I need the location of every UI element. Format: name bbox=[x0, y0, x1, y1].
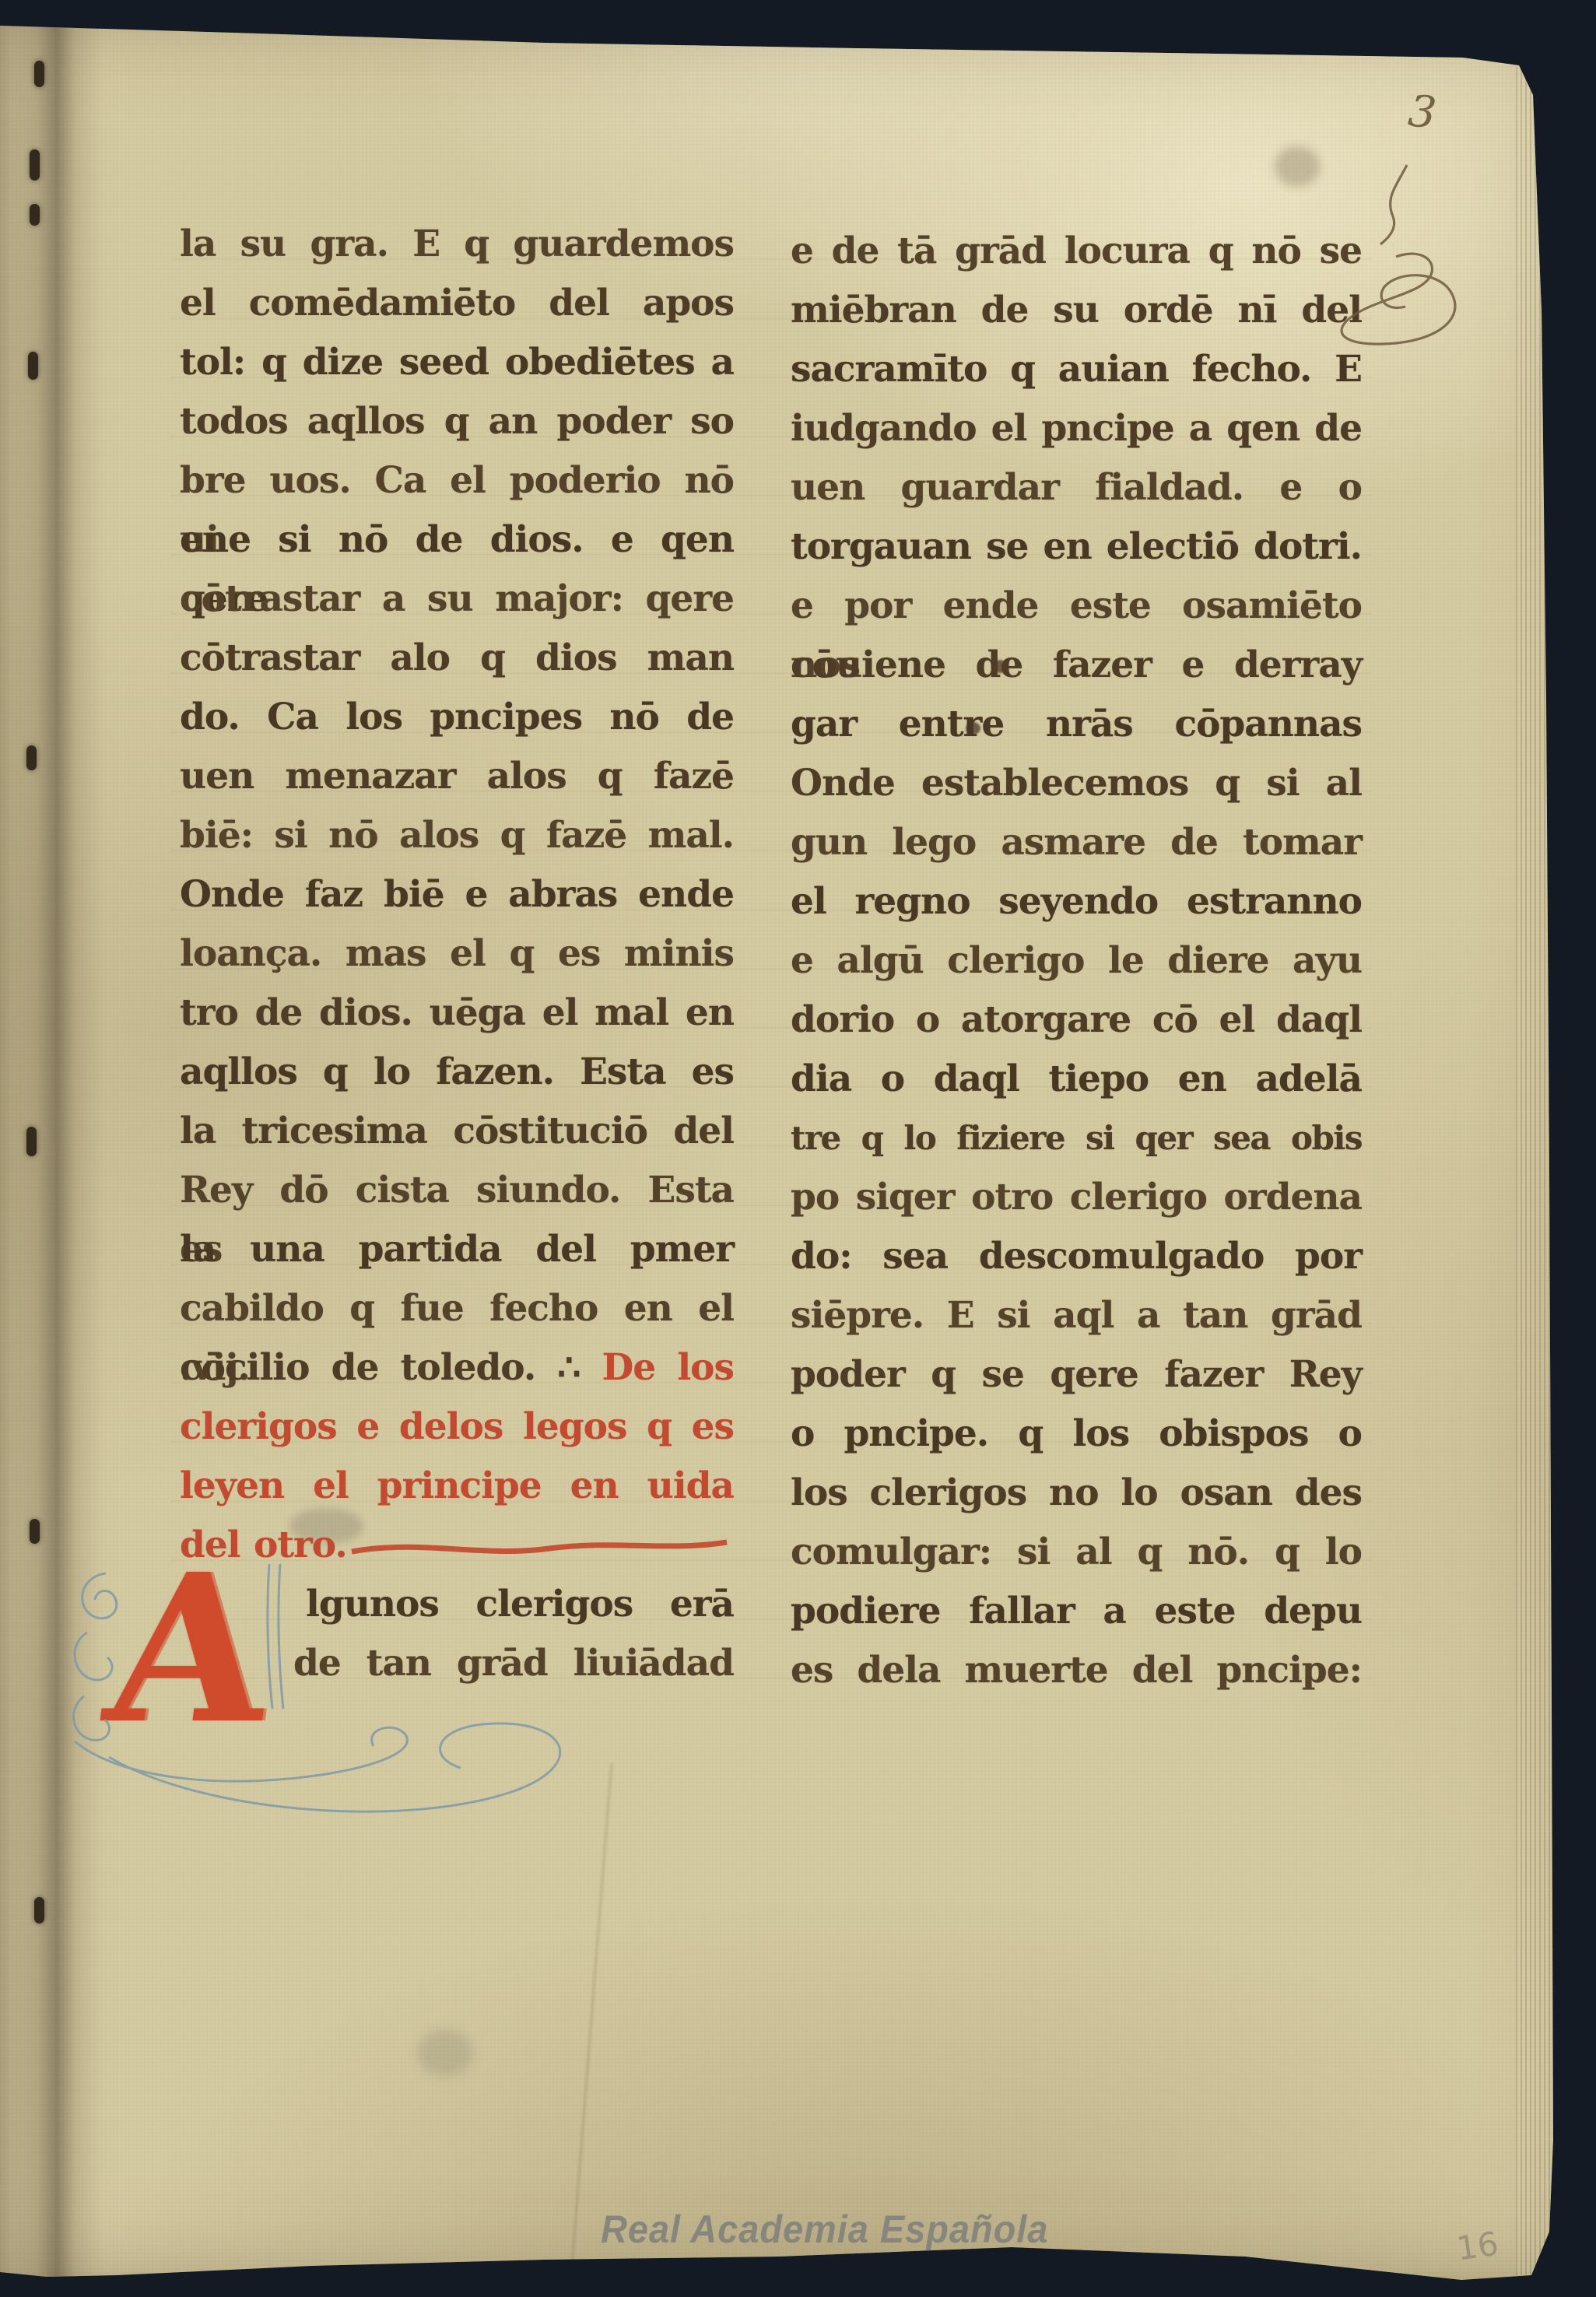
manuscript-scan: la su gra. E q guardemos el comēdamiēto … bbox=[0, 0, 1596, 2297]
text-column-left: la su gra. E q guardemos el comēdamiēto … bbox=[180, 215, 734, 1693]
binding-stitch bbox=[26, 1127, 37, 1156]
binding-stitch bbox=[30, 1519, 40, 1544]
rubric-line: clerigos e delos legos q es bbox=[180, 1397, 734, 1457]
manuscript-line: ene si nō de dios. e qen qere bbox=[180, 510, 734, 570]
manuscript-line: dia o daql tiepo en adelā bbox=[791, 1050, 1362, 1109]
folio-squiggle bbox=[1380, 165, 1407, 244]
manuscript-line: o pncipe. q los obispos o bbox=[791, 1405, 1362, 1464]
manuscript-line: la su gra. E q guardemos bbox=[180, 215, 734, 274]
manuscript-line: Rey dō cista siundo. Esta es bbox=[180, 1161, 734, 1220]
manuscript-line: el regno seyendo estranno bbox=[791, 872, 1362, 931]
binding-stitch bbox=[30, 204, 40, 226]
manuscript-line: todos aqllos q an poder so bbox=[180, 392, 734, 451]
manuscript-line: loança. mas el q es minis bbox=[180, 924, 734, 984]
manuscript-line: poder q se qere fazer Rey bbox=[791, 1345, 1362, 1405]
binding-stitch bbox=[26, 745, 37, 770]
folio-number: 3 bbox=[1406, 86, 1439, 139]
manuscript-line: uen menazar alos q fazē bbox=[180, 747, 734, 806]
manuscript-line: cōtrastar alo q dios man bbox=[180, 629, 734, 688]
pencil-folio-number: 16 bbox=[1454, 2225, 1501, 2268]
manuscript-line: podiere fallar a este depu bbox=[791, 1582, 1362, 1641]
manuscript-line: iudgando el pncipe a qen de bbox=[791, 399, 1362, 458]
binding-stitch bbox=[28, 352, 38, 380]
decorated-initial-letter: A bbox=[98, 1547, 281, 1751]
manuscript-line: gar entre nrās cōpannas bbox=[791, 695, 1362, 754]
manuscript-line: gun lego asmare de tomar bbox=[791, 813, 1362, 872]
manuscript-line: cabildo q fue fecho en el .vij. bbox=[180, 1279, 734, 1338]
binding-stitch bbox=[30, 149, 40, 181]
bleedthrough-smudge bbox=[417, 2029, 473, 2076]
manuscript-line: e de tā grād locura q nō se bbox=[791, 222, 1362, 281]
binding-gutter-shadow bbox=[11, 0, 103, 2297]
manuscript-line: do: sea descomulgado por bbox=[791, 1227, 1362, 1286]
manuscript-line: po siqer otro clerigo ordena bbox=[791, 1168, 1362, 1227]
manuscript-line: sacramīto q auian fecho. E bbox=[791, 340, 1362, 399]
manuscript-line-with-rubric: cōcilio de toledo. ∴ De los bbox=[180, 1338, 734, 1397]
manuscript-line: los clerigos no lo osan des bbox=[791, 1464, 1362, 1523]
binding-stitch bbox=[34, 61, 44, 87]
manuscript-line: tre q lo fiziere si qer sea obis bbox=[791, 1109, 1362, 1168]
text-column-right: e de tā grād locura q nō se miēbran de s… bbox=[791, 222, 1362, 1700]
manuscript-line: e por ende este osamiēto nos bbox=[791, 577, 1362, 636]
manuscript-line: la una partida del pmer bbox=[180, 1220, 734, 1279]
manuscript-line: la tricesima cōstituciō del bbox=[180, 1102, 734, 1161]
manuscript-line: Onde establecemos q si al bbox=[791, 754, 1362, 813]
manuscript-line: e algū clerigo le diere ayu bbox=[791, 931, 1362, 991]
manuscript-line: torgauan se en electiō dotri. bbox=[791, 517, 1362, 577]
manuscript-line: do. Ca los pncipes nō de bbox=[180, 688, 734, 747]
manuscript-line: aqllos q lo fazen. Esta es bbox=[180, 1043, 734, 1102]
rubric-line: leyen el principe en uida bbox=[180, 1457, 734, 1516]
manuscript-line: miēbran de su ordē nī del bbox=[791, 281, 1362, 340]
manuscript-line: cōtrastar a su major: qere bbox=[180, 570, 734, 629]
manuscript-line: dorio o atorgare cō el daql bbox=[791, 991, 1362, 1050]
manuscript-line: bre uos. Ca el poderio nō ui bbox=[180, 451, 734, 510]
line-black-part: cōcilio de toledo. ∴ bbox=[180, 1346, 580, 1389]
manuscript-line: siēpre. E si aql a tan grād bbox=[791, 1286, 1362, 1345]
manuscript-line: uen guardar fialdad. e o bbox=[791, 458, 1362, 517]
manuscript-line: es dela muerte del pncipe: bbox=[791, 1641, 1362, 1700]
manuscript-line: biē: si nō alos q fazē mal. bbox=[180, 806, 734, 865]
manuscript-line: tro de dios. uēga el mal en bbox=[180, 984, 734, 1043]
manuscript-line: tol: q dize seed obediētes a bbox=[180, 333, 734, 392]
manuscript-line: comulgar: si al q nō. q lo bbox=[791, 1523, 1362, 1582]
manuscript-line: cōuiene de fazer e derray bbox=[791, 636, 1362, 695]
manuscript-line: el comēdamiēto del apos bbox=[180, 274, 734, 333]
rubric-heading-start: De los bbox=[602, 1346, 734, 1389]
page-fore-edge bbox=[1516, 67, 1555, 2275]
binding-stitch bbox=[34, 1897, 44, 1924]
library-watermark: Real Academia Española bbox=[601, 2207, 1048, 2252]
manuscript-line: Onde faz biē e abras ende bbox=[180, 865, 734, 924]
ink-smudge bbox=[1275, 146, 1320, 187]
parchment-page: la su gra. E q guardemos el comēdamiēto … bbox=[0, 0, 1596, 2297]
